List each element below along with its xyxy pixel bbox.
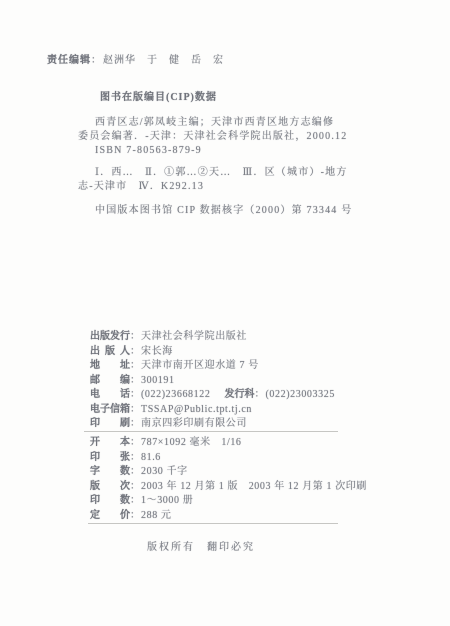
field-label: 出版人: [90, 345, 130, 360]
scanned-copyright-page: 责任编辑：赵洲华 于 健 岳 宏 图书在版编目(CIP)数据 西青区志/郭凤岐主…: [0, 0, 450, 626]
field-value: 宋长海: [141, 346, 173, 357]
printing-row: 字数：2030 千字: [90, 465, 367, 480]
field-value: 1～3000 册: [141, 495, 193, 506]
colon: ：: [130, 466, 140, 477]
divider-line: [84, 431, 338, 432]
colon: ：: [130, 404, 140, 415]
field-value: 南京四彩印刷有限公司: [141, 418, 247, 429]
divider-line: [88, 523, 338, 524]
field-value: 787×1092 毫米 1/16: [141, 437, 242, 448]
cip-classification-line: Ⅰ．西… Ⅱ．①郭…②天… Ⅲ．区（城市）-地方: [78, 166, 352, 180]
colon: ：: [130, 389, 140, 400]
colon: ：: [91, 55, 102, 66]
field-value: 81.6: [141, 452, 161, 463]
publisher-info-block: 出版发行：天津社会科学院出版社 出版人：宋长海 地址：天津市南开区迎水道 7 号…: [90, 330, 335, 432]
printing-spec-block: 开本：787×1092 毫米 1/16 印张：81.6 字数：2030 千字 版…: [90, 436, 367, 523]
cip-data-block: 西青区志/郭凤岐主编；天津市西青区地方志编修 委员会编著．-天津：天津社会科学院…: [78, 116, 352, 218]
publisher-row-phone: 电话：(022)23668122发行科：(022)23003325: [90, 388, 335, 403]
field-label: 发行科: [224, 389, 254, 400]
colon: ：: [130, 331, 140, 342]
field-label: 印数: [90, 494, 130, 509]
field-value: 天津社会科学院出版社: [141, 331, 247, 342]
colon: ：: [130, 346, 140, 357]
isbn-line: ISBN 7-80563-879-9: [78, 144, 352, 158]
field-label: 地址: [90, 359, 130, 374]
field-value: 2003 年 12 月第 1 版 2003 年 12 月第 1 次印刷: [141, 481, 367, 492]
field-label: 印刷: [90, 417, 130, 432]
colon: ：: [130, 495, 140, 506]
field-value: 2030 千字: [141, 466, 188, 477]
responsible-editor-label: 责任编辑: [47, 55, 91, 66]
field-label: 版次: [90, 480, 130, 495]
field-label: 电子信箱: [90, 403, 130, 418]
field-value: (022)23668122: [141, 389, 210, 400]
colon: ：: [130, 418, 140, 429]
printing-row: 印数：1～3000 册: [90, 494, 367, 509]
cip-classification-line: 志-天津市 Ⅳ．K292.13: [78, 180, 352, 194]
colon: ：: [130, 360, 140, 371]
publisher-row: 电子信箱：TSSAP@Public.tpt.tj.cn: [90, 403, 335, 418]
field-label: 定价: [90, 509, 130, 524]
colon: ：: [130, 510, 140, 521]
cip-line: 委员会编著．-天津：天津社会科学院出版社，2000.12: [78, 130, 352, 144]
copyright-notice: 版权所有 翻印必究: [147, 538, 255, 553]
field-value: 288 元: [141, 510, 172, 521]
cip-record-number-line: 中国版本图书馆 CIP 数据核字（2000）第 73344 号: [78, 204, 352, 218]
field-value: 天津市南开区迎水道 7 号: [141, 360, 259, 371]
printing-row: 印张：81.6: [90, 451, 367, 466]
publisher-row: 出版发行：天津社会科学院出版社: [90, 330, 335, 345]
cip-data-heading: 图书在版编目(CIP)数据: [100, 88, 217, 103]
field-label: 出版发行: [90, 330, 130, 345]
publisher-row: 出版人：宋长海: [90, 345, 335, 360]
publisher-row: 印刷：南京四彩印刷有限公司: [90, 417, 335, 432]
colon: ：: [130, 452, 140, 463]
responsible-editor-names: 赵洲华 于 健 岳 宏: [103, 55, 224, 66]
field-label: 字数: [90, 465, 130, 480]
printing-row: 版次：2003 年 12 月第 1 版 2003 年 12 月第 1 次印刷: [90, 480, 367, 495]
publisher-row: 地址：天津市南开区迎水道 7 号: [90, 359, 335, 374]
printing-row: 开本：787×1092 毫米 1/16: [90, 436, 367, 451]
colon: ：: [130, 481, 140, 492]
colon: ：: [130, 437, 140, 448]
colon: ：: [130, 375, 140, 386]
field-value: TSSAP@Public.tpt.tj.cn: [141, 404, 252, 415]
printing-row: 定价：288 元: [90, 509, 367, 524]
field-label: 邮编: [90, 374, 130, 389]
responsible-editor-line: 责任编辑：赵洲华 于 健 岳 宏: [47, 51, 224, 66]
field-value: 300191: [141, 375, 175, 386]
publisher-row: 邮编：300191: [90, 374, 335, 389]
colon: ：: [254, 389, 264, 400]
field-label: 电话: [90, 388, 130, 403]
field-value: (022)23003325: [265, 389, 334, 400]
cip-line: 西青区志/郭凤岐主编；天津市西青区地方志编修: [78, 116, 352, 130]
field-label: 开本: [90, 436, 130, 451]
field-label: 印张: [90, 451, 130, 466]
